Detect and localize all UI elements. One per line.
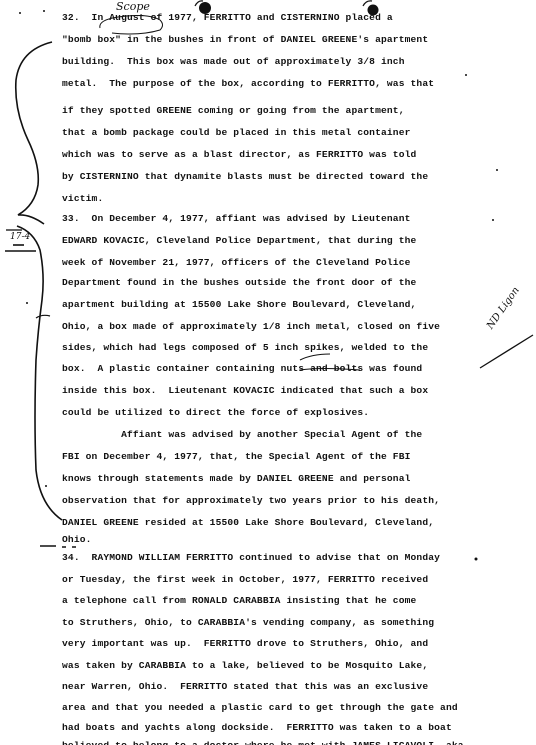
text-line: FBI on December 4, 1977, that, the Speci… xyxy=(62,451,411,463)
text-line: DANIEL GREENE resided at 15500 Lake Shor… xyxy=(62,517,434,529)
text-line: victim. xyxy=(62,193,103,205)
text-line: 33. On December 4, 1977, affiant was adv… xyxy=(62,213,411,225)
text-line: Ohio, a box made of approximately 1/8 in… xyxy=(62,321,440,333)
text-line: could be utilized to direct the force of… xyxy=(62,407,369,419)
text-line: observation that for approximately two y… xyxy=(62,495,440,507)
text-line: building. This box was made out of appro… xyxy=(62,56,405,68)
text-line: if they spotted GREENE coming or going f… xyxy=(62,105,405,117)
text-line: inside this box. Lieutenant KOVACIC indi… xyxy=(62,385,428,397)
text-line: Ohio. xyxy=(62,534,92,546)
text-line: believed to belong to a doctor where he … xyxy=(62,740,464,745)
text-line: area and that you needed a plastic card … xyxy=(62,702,458,714)
text-line: 34. RAYMOND WILLIAM FERRITTO continued t… xyxy=(62,552,440,564)
document-page: Scope 17-4 ND Ligon 32. In August of 197… xyxy=(0,0,536,745)
text-line: metal. The purpose of the box, according… xyxy=(62,78,434,90)
text-line: near Warren, Ohio. FERRITTO stated that … xyxy=(62,681,428,693)
text-line: EDWARD KOVACIC, Cleveland Police Departm… xyxy=(62,235,416,247)
margin-note-fraction: 17-4 xyxy=(10,232,30,242)
text-line: that a bomb package could be placed in t… xyxy=(62,127,411,139)
text-line: knows through statements made by DANIEL … xyxy=(62,473,411,485)
text-line: "bomb box" in the bushes in front of DAN… xyxy=(62,34,428,46)
text-line: Affiant was advised by another Special A… xyxy=(62,429,422,441)
text-line: had boats and yachts along dockside. FER… xyxy=(62,722,452,734)
text-line: by CISTERNINO that dynamite blasts must … xyxy=(62,171,428,183)
text-line: sides, which had legs composed of 5 inch… xyxy=(62,342,428,354)
text-line: was taken by CARABBIA to a lake, believe… xyxy=(62,660,428,672)
text-line: which was to serve as a blast director, … xyxy=(62,149,416,161)
text-line: 32. In August of 1977, FERRITTO and CIST… xyxy=(62,12,393,24)
text-line: a telephone call from RONALD CARABBIA in… xyxy=(62,595,416,607)
margin-bracket-32 xyxy=(16,42,52,224)
text-line: Department found in the bushes outside t… xyxy=(62,277,416,289)
text-line: box. A plastic container containing nuts… xyxy=(62,363,422,375)
text-line: week of November 21, 1977, officers of t… xyxy=(62,257,411,269)
text-line: very important was up. FERRITTO drove to… xyxy=(62,638,428,650)
text-line: apartment building at 15500 Lake Shore B… xyxy=(62,299,416,311)
text-line: to Struthers, Ohio, to CARABBIA's vendin… xyxy=(62,617,434,629)
margin-bracket-33 xyxy=(17,226,62,520)
text-line: or Tuesday, the first week in October, 1… xyxy=(62,574,428,586)
